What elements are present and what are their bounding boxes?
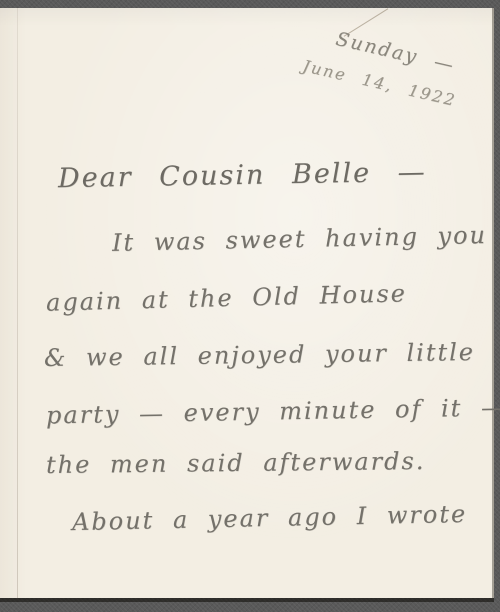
letter-body-line: again at the Old House: [46, 279, 408, 316]
letter-body-line: About a year ago I wrote: [72, 500, 468, 536]
letter-salutation: Dear Cousin Belle —: [58, 157, 427, 194]
letter-body-line: It was sweet having you: [112, 221, 488, 257]
letter-heading: Sunday — June 14, 1922: [300, 17, 468, 117]
letter-body-line: & we all enjoyed your little: [44, 338, 475, 372]
letter-body-line: the men said afterwards.: [46, 447, 426, 479]
photo-frame: Sunday — June 14, 1922 Dear Cousin Belle…: [0, 0, 500, 612]
letter-body-line: party — every minute of it — as: [46, 393, 500, 430]
paper-fold-crease: [17, 8, 18, 598]
letter-paper: Sunday — June 14, 1922 Dear Cousin Belle…: [0, 8, 494, 598]
